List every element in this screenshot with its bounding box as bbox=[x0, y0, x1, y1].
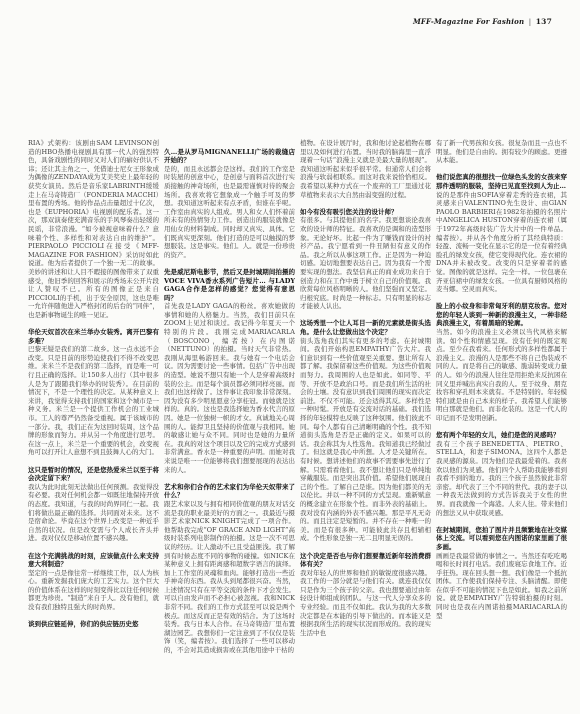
body-paragraph: 有了新一代男孩和女孩。很复杂而且一点也不明显。他们是自由的。拥有较少的顾虑。更遵… bbox=[436, 139, 567, 165]
question-heading: 在这个充满挑战的时刻，应该做点什么来支持意大利制造？ bbox=[28, 552, 159, 569]
question-heading: 脸上的小纹身和非常匈牙利的朋克妆容。您对您的年轻人谈到一种新的浪漫主义，一种非经… bbox=[436, 302, 567, 328]
question-heading: 久…是从罗马MIGNANELLI广场的裁缝店开始的？ bbox=[164, 148, 295, 165]
question-heading: 这个决定是否也与你们想要靠近新年轻消费群体有关？ bbox=[300, 552, 431, 569]
question-heading: 这只是暂时的情况，还是您热爱米兰以至于将会决定留下来？ bbox=[28, 466, 159, 483]
header-separator: | bbox=[529, 18, 532, 26]
body-paragraph: 是的，而且永远都会是这样。我们的工作室是时装屋的创意中心，是创意与面料首次进行实… bbox=[164, 165, 295, 260]
body-paragraph: 巴黎无疑是我们的第二故乡。这一点永远不会改变。只是目前的形势迫使我们不得不改变思… bbox=[28, 345, 159, 457]
question-heading: 在封城期间，您拍了图片并且频繁地在社交媒体上交流。可以看到您在内图诺的家里画了很… bbox=[436, 526, 567, 552]
body-paragraph: 街头选角我们其实有更多的考虑。在封城期间。我们开始构思EMPATHY广告大片。我… bbox=[300, 337, 431, 543]
body-paragraph: 我对年轻人的世界和他们的敏锐度很感兴趣。我工作的一部分就是与他们有关。就连我仅仅… bbox=[300, 569, 431, 638]
body-paragraph: 当然。如今的浪漫主义必须以当代风格来解读。如个性和情感呈现。没有任何的既定观点。… bbox=[436, 328, 567, 423]
body-paragraph: 画画是我最常做的事情之一。当然还有吃吃喝喝和长时间打电话。我们废寝忘食地工作。近… bbox=[436, 552, 567, 621]
body-paragraph: 有很多。与其提他们的名字。我更想谈论我喜欢的设计师的特征。我喜欢的是调和的造型形… bbox=[300, 216, 431, 311]
text-column-4: 有了新一代男孩和女孩。很复杂而且一点也不明显。他们是自由的。拥有较少的顾虑。更遵… bbox=[436, 139, 567, 697]
text-column-1: RIA》式架构：该剧由SAM LEVINSON创造的HBO热播电视剧具有那一代人… bbox=[28, 139, 159, 697]
body-paragraph: 首先我是LADY GAGA的粉丝。喜欢她做的事情和她的人格魅力。当然，我们目前只… bbox=[164, 302, 295, 474]
body-paragraph: 说的是那件由SOFIA穿着走秀的连衣裙，其灵感来自VALENTINO先生设计、由… bbox=[436, 191, 567, 294]
body-paragraph: 我认为此时此刻无法做出任何预测。我觉得没有必要。我对任何机会都一如既往地保持开放… bbox=[28, 483, 159, 543]
body-paragraph: 我有三个孩子BENEDETTA、PIETRO、STELLA，和妻子SIMONA。… bbox=[436, 440, 567, 517]
article-columns: RIA》式架构：该剧由SAM LEVINSON创造的HBO热播电视剧具有那一代人… bbox=[28, 139, 567, 697]
body-paragraph: 坚定的一点是像往常一样继续工作，以人为核心。重新发掘我们庞大的工艺实力。这个巨大… bbox=[28, 569, 159, 612]
question-heading: 谈到供应链延伸，你们的供应链历史悠 bbox=[28, 620, 159, 629]
question-heading: 您有两个年轻的女儿，她们是您的灵感吗？ bbox=[436, 431, 567, 440]
page-number: 137 bbox=[536, 17, 552, 26]
question-heading: 他们说您真的很想找一位绿色头发的女孩来穿那件透明的服装，坚持已见直至找到人为止… bbox=[436, 173, 567, 190]
question-heading: 艺术和你们合作的艺术家们为华伦天奴带来了什么？ bbox=[164, 483, 295, 500]
body-paragraph: RIA》式架构：该剧由SAM LEVINSON创造的HBO热播电视剧具有那一代人… bbox=[28, 139, 159, 319]
text-column-2: 久…是从罗马MIGNANELLI广场的裁缝店开始的？是的，而且永远都会是这样。我… bbox=[164, 139, 295, 697]
body-paragraph: 植物。在设计展厅时，我和他讨论起植物在哪里以及如何进行布置。当时我的脑海里一直浮… bbox=[300, 139, 431, 199]
question-heading: 这场秀里一个让人耳目一新的元素就是街头选角。是什么让您做出这个决定？ bbox=[300, 319, 431, 336]
body-paragraph: 跟艺术家以及与拥有相同价值观的朋友对话交流是我的职业最美好的方面之一。我最近与摄… bbox=[164, 500, 295, 655]
running-head: MFF-Magazine For Fashion | 137 bbox=[413, 17, 552, 26]
question-heading: 华伦天奴首次在米兰举办女装秀。离开巴黎有多难？ bbox=[28, 328, 159, 345]
magazine-title: MFF-Magazine For Fashion bbox=[413, 17, 524, 26]
magazine-page: MFF-Magazine For Fashion | 137 RIA》式架构：该… bbox=[0, 0, 580, 714]
text-column-3: 植物。在设计展厅时，我和他讨论起植物在哪里以及如何进行布置。当时我的脑海里一直浮… bbox=[300, 139, 431, 697]
question-heading: 先是威尼斯电影节，然后又是封城期间拍摄的VOCE VIVA香水系列广告短片… 与… bbox=[164, 268, 295, 302]
